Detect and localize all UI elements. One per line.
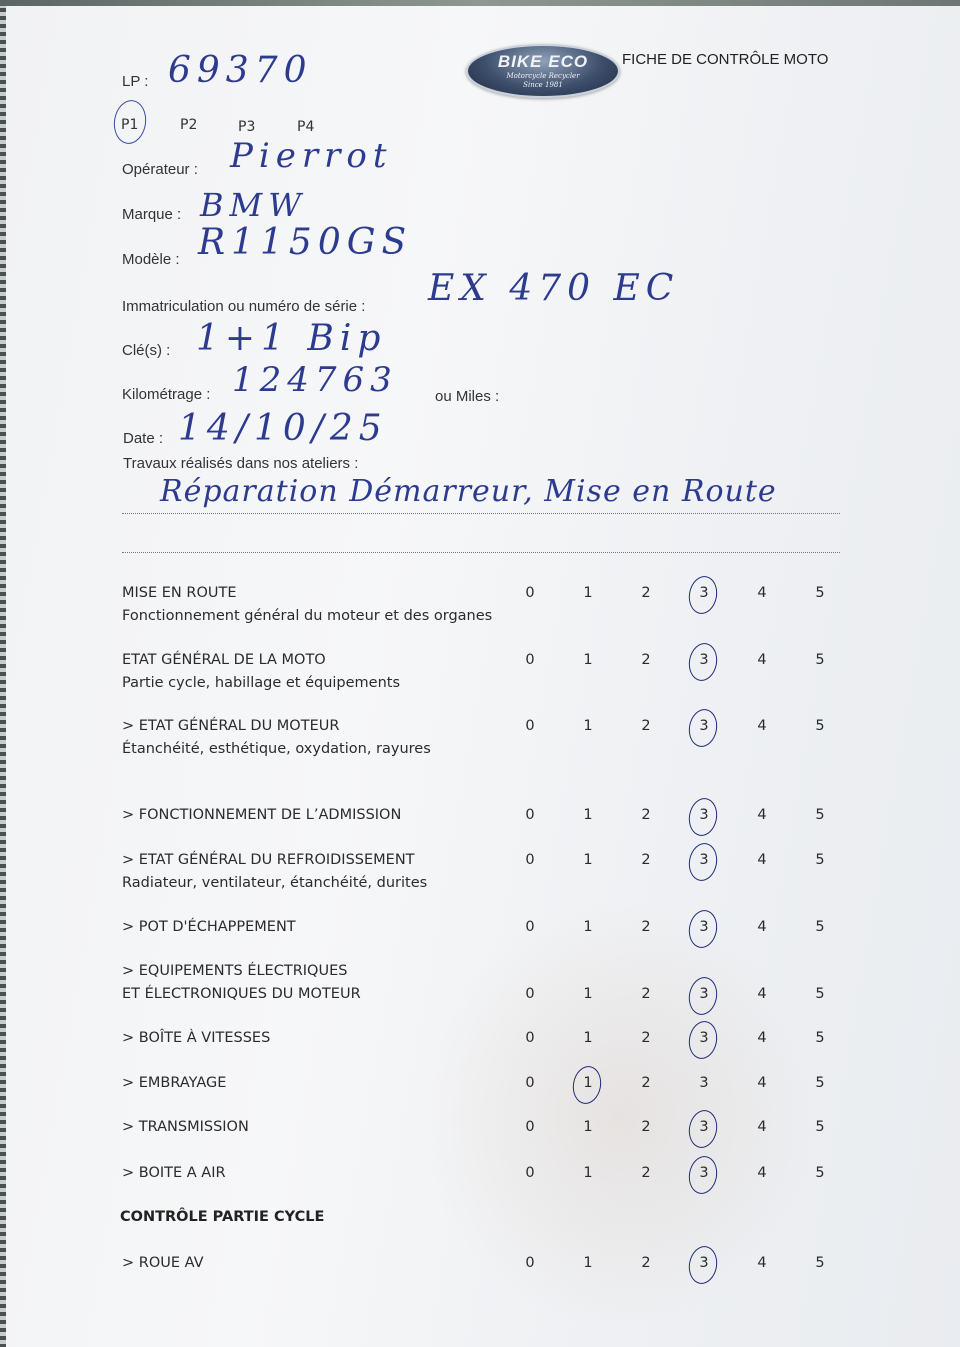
check-row-7-title: > BOÎTE À VITESSES xyxy=(122,1030,270,1046)
check-row-0-score-0[interactable]: 0 xyxy=(520,585,540,601)
cycle-row-0-score-2[interactable]: 2 xyxy=(636,1255,656,1271)
check-row-6-subtitle: ET ÉLECTRONIQUES DU MOTEUR xyxy=(122,986,361,1002)
check-row-3-score-5[interactable]: 5 xyxy=(810,807,830,823)
check-row-7-score-3[interactable]: 3 xyxy=(694,1030,714,1046)
check-row-8-title: > EMBRAYAGE xyxy=(122,1075,226,1091)
cycle-row-0-title: > ROUE AV xyxy=(122,1255,204,1271)
check-row-0-score-4[interactable]: 4 xyxy=(752,585,772,601)
position-p4[interactable]: P4 xyxy=(297,119,314,135)
check-row-3-score-0[interactable]: 0 xyxy=(520,807,540,823)
check-row-10-score-2[interactable]: 2 xyxy=(636,1165,656,1181)
check-row-8-score-3[interactable]: 3 xyxy=(694,1075,714,1091)
check-row-7-score-0[interactable]: 0 xyxy=(520,1030,540,1046)
position-p1[interactable]: P1 xyxy=(121,117,138,133)
cycle-row-0-score-0[interactable]: 0 xyxy=(520,1255,540,1271)
cycle-row-0-score-1[interactable]: 1 xyxy=(578,1255,598,1271)
brand-label: Marque : xyxy=(122,206,181,223)
check-row-1-subtitle: Partie cycle, habillage et équipements xyxy=(122,675,400,691)
check-row-9-score-1[interactable]: 1 xyxy=(578,1119,598,1135)
check-row-2-subtitle: Étanchéité, esthétique, oxydation, rayur… xyxy=(122,741,431,757)
check-row-3-score-1[interactable]: 1 xyxy=(578,807,598,823)
keys-value[interactable]: 1+1 Bip xyxy=(196,318,386,359)
position-p3[interactable]: P3 xyxy=(238,119,255,135)
check-row-4-subtitle: Radiateur, ventilateur, étanchéité, duri… xyxy=(122,875,427,891)
work-label: Travaux réalisés dans nos ateliers : xyxy=(123,455,358,472)
check-row-6-score-2[interactable]: 2 xyxy=(636,986,656,1002)
bike-eco-logo: BIKE ECO Motorcycle Recycler Since 1981 xyxy=(466,44,620,98)
check-row-6-score-0[interactable]: 0 xyxy=(520,986,540,1002)
date-label: Date : xyxy=(123,430,163,447)
check-row-7-score-5[interactable]: 5 xyxy=(810,1030,830,1046)
check-row-3-score-3[interactable]: 3 xyxy=(694,807,714,823)
check-row-3-score-2[interactable]: 2 xyxy=(636,807,656,823)
check-row-9-score-4[interactable]: 4 xyxy=(752,1119,772,1135)
check-row-6-score-4[interactable]: 4 xyxy=(752,986,772,1002)
sleeve-top-edge xyxy=(0,0,960,6)
check-row-0-title: MISE EN ROUTE xyxy=(122,585,237,601)
check-row-9-score-5[interactable]: 5 xyxy=(810,1119,830,1135)
check-row-7-score-1[interactable]: 1 xyxy=(578,1030,598,1046)
operator-value[interactable]: Pierrot xyxy=(230,136,393,176)
binder-edge xyxy=(0,0,6,1347)
check-row-10-title: > BOITE A AIR xyxy=(122,1165,226,1181)
check-row-1-score-5[interactable]: 5 xyxy=(810,652,830,668)
check-row-3-score-4[interactable]: 4 xyxy=(752,807,772,823)
check-row-7-score-4[interactable]: 4 xyxy=(752,1030,772,1046)
check-row-4-score-0[interactable]: 0 xyxy=(520,852,540,868)
check-row-2-score-0[interactable]: 0 xyxy=(520,718,540,734)
check-row-10-score-4[interactable]: 4 xyxy=(752,1165,772,1181)
check-row-6-score-3[interactable]: 3 xyxy=(694,986,714,1002)
operator-label: Opérateur : xyxy=(122,161,198,178)
check-row-0-score-3[interactable]: 3 xyxy=(694,585,714,601)
check-row-1-score-0[interactable]: 0 xyxy=(520,652,540,668)
check-row-5-score-0[interactable]: 0 xyxy=(520,919,540,935)
check-row-9-title: > TRANSMISSION xyxy=(122,1119,249,1135)
check-row-5-score-4[interactable]: 4 xyxy=(752,919,772,935)
check-row-6-score-1[interactable]: 1 xyxy=(578,986,598,1002)
check-row-4-score-1[interactable]: 1 xyxy=(578,852,598,868)
check-row-1-score-2[interactable]: 2 xyxy=(636,652,656,668)
check-row-8-score-1[interactable]: 1 xyxy=(578,1075,598,1091)
check-row-2-score-2[interactable]: 2 xyxy=(636,718,656,734)
check-row-1-score-3[interactable]: 3 xyxy=(694,652,714,668)
check-row-10-score-3[interactable]: 3 xyxy=(694,1165,714,1181)
work-value[interactable]: Réparation Démarreur, Mise en Route xyxy=(160,474,777,509)
work-line-1 xyxy=(122,513,840,514)
check-row-5-score-1[interactable]: 1 xyxy=(578,919,598,935)
mileage-value[interactable]: 124763 xyxy=(232,360,398,400)
check-row-4-score-5[interactable]: 5 xyxy=(810,852,830,868)
model-label: Modèle : xyxy=(122,251,180,268)
check-row-4-score-4[interactable]: 4 xyxy=(752,852,772,868)
check-row-8-score-2[interactable]: 2 xyxy=(636,1075,656,1091)
check-row-10-score-5[interactable]: 5 xyxy=(810,1165,830,1181)
logo-since: Since 1981 xyxy=(468,81,618,90)
check-row-9-score-2[interactable]: 2 xyxy=(636,1119,656,1135)
check-row-2-score-4[interactable]: 4 xyxy=(752,718,772,734)
check-row-0-subtitle: Fonctionnement général du moteur et des … xyxy=(122,608,492,624)
cycle-row-0-score-5[interactable]: 5 xyxy=(810,1255,830,1271)
mileage-label: Kilométrage : xyxy=(122,386,210,403)
cycle-row-0-score-3[interactable]: 3 xyxy=(694,1255,714,1271)
logo-tagline: Motorcycle Recycler xyxy=(468,72,618,81)
check-row-3-title: > FONCTIONNEMENT DE L’ADMISSION xyxy=(122,807,401,823)
lp-value[interactable]: 69370 xyxy=(168,50,313,91)
check-row-2-score-3[interactable]: 3 xyxy=(694,718,714,734)
registration-label: Immatriculation ou numéro de série : xyxy=(122,298,365,315)
section-cycle-title: CONTRÔLE PARTIE CYCLE xyxy=(120,1209,324,1225)
check-row-0-score-1[interactable]: 1 xyxy=(578,585,598,601)
brand-value[interactable]: BMW xyxy=(200,186,307,224)
check-row-0-score-2[interactable]: 2 xyxy=(636,585,656,601)
check-row-6-score-5[interactable]: 5 xyxy=(810,986,830,1002)
logo-brand: BIKE ECO xyxy=(468,52,618,72)
check-row-5-title: > POT D'ÉCHAPPEMENT xyxy=(122,919,296,935)
check-row-8-score-0[interactable]: 0 xyxy=(520,1075,540,1091)
check-row-2-score-5[interactable]: 5 xyxy=(810,718,830,734)
model-value[interactable]: R1150GS xyxy=(198,222,412,263)
check-row-1-title: ETAT GÉNÉRAL DE LA MOTO xyxy=(122,652,326,668)
check-row-4-title: > ETAT GÉNÉRAL DU REFROIDISSEMENT xyxy=(122,852,415,868)
check-row-2-score-1[interactable]: 1 xyxy=(578,718,598,734)
check-row-4-score-3[interactable]: 3 xyxy=(694,852,714,868)
check-row-8-score-5[interactable]: 5 xyxy=(810,1075,830,1091)
lp-label: LP : xyxy=(122,73,148,90)
check-row-5-score-3[interactable]: 3 xyxy=(694,919,714,935)
check-row-5-score-5[interactable]: 5 xyxy=(810,919,830,935)
check-row-6-title: > EQUIPEMENTS ÉLECTRIQUES xyxy=(122,963,347,979)
check-row-10-score-1[interactable]: 1 xyxy=(578,1165,598,1181)
check-row-9-score-3[interactable]: 3 xyxy=(694,1119,714,1135)
cycle-row-0-score-4[interactable]: 4 xyxy=(752,1255,772,1271)
check-row-2-title: > ETAT GÉNÉRAL DU MOTEUR xyxy=(122,718,339,734)
check-row-1-score-1[interactable]: 1 xyxy=(578,652,598,668)
check-row-8-score-4[interactable]: 4 xyxy=(752,1075,772,1091)
miles-label: ou Miles : xyxy=(435,388,499,405)
check-row-5-score-2[interactable]: 2 xyxy=(636,919,656,935)
form-title: FICHE DE CONTRÔLE MOTO xyxy=(622,51,828,68)
keys-label: Clé(s) : xyxy=(122,342,170,359)
check-row-9-score-0[interactable]: 0 xyxy=(520,1119,540,1135)
work-line-2 xyxy=(122,552,840,553)
check-row-1-score-4[interactable]: 4 xyxy=(752,652,772,668)
check-row-10-score-0[interactable]: 0 xyxy=(520,1165,540,1181)
check-row-7-score-2[interactable]: 2 xyxy=(636,1030,656,1046)
registration-value[interactable]: EX 470 EC xyxy=(428,268,679,309)
check-row-4-score-2[interactable]: 2 xyxy=(636,852,656,868)
date-value[interactable]: 14/10/25 xyxy=(178,408,388,449)
check-row-0-score-5[interactable]: 5 xyxy=(810,585,830,601)
position-p2[interactable]: P2 xyxy=(180,117,197,133)
